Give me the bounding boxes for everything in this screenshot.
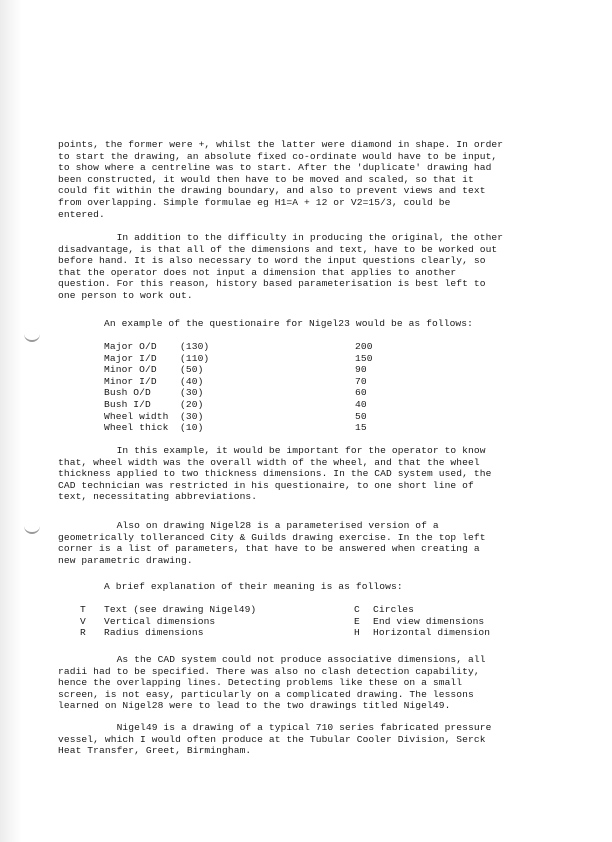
legend-key: E [354,616,360,628]
questionnaire-default: (130) [180,341,209,353]
paragraph-line: to show where a centreline was to start.… [58,162,491,174]
paragraph-line: hence the overlapping lines. Detecting p… [58,677,462,689]
paragraph-line: points, the former were +, whilst the la… [58,139,503,151]
paragraph-line: from overlapping. Simple formulae eg H1=… [58,197,450,209]
legend-key: C [354,604,360,616]
paragraph-line: In addition to the difficulty in produci… [58,232,503,244]
questionnaire-default: (110) [180,353,209,365]
paragraph-line: entered. [58,209,105,221]
paragraph-line: Heat Transfer, Greet, Birmingham. [58,745,251,757]
paragraph-line: to start the drawing, an absolute fixed … [58,151,497,163]
questionnaire-label: Minor O/D [104,364,157,376]
page-edge-shadow [0,0,22,842]
legend-key: T [80,604,86,616]
paragraph-line: that the operator does not input a dimen… [58,267,456,279]
legend-description: Radius dimensions [104,627,204,639]
questionnaire-label: Major O/D [104,341,157,353]
questionnaire-label: Major I/D [104,353,157,365]
legend-key: R [80,627,86,639]
questionnaire-label: Minor I/D [104,376,157,388]
questionnaire-value: 15 [355,422,367,434]
questionnaire-value: 200 [355,341,373,353]
questionnaire-label: Bush O/D [104,387,151,399]
paragraph-line: Nigel49 is a drawing of a typical 710 se… [58,722,491,734]
legend-description: Vertical dimensions [104,616,215,628]
paragraph-line: radii had to be specified. There was als… [58,666,480,678]
paragraph-line: new parametric drawing. [58,555,193,567]
paragraph-line: geometrically tolleranced City & Guilds … [58,532,486,544]
legend-description: Circles [373,604,414,616]
paragraph-line: thickness applied to two thickness dimen… [58,468,491,480]
legend-intro: A brief explanation of their meaning is … [104,581,403,593]
questionnaire-default: (30) [180,411,203,423]
paragraph-line: As the CAD system could not produce asso… [58,654,486,666]
paragraph-line: vessel, which I would often produce at t… [58,734,486,746]
paragraph-line: corner is a list of parameters, that hav… [58,543,480,555]
questionnaire-default: (10) [180,422,203,434]
paragraph-line: Also on drawing Nigel28 is a parameteris… [58,520,439,532]
legend-key: V [80,616,86,628]
paragraph-line: before hand. It is also necessary to wor… [58,255,486,267]
paragraph-line: that, wheel width was the overall width … [58,457,480,469]
paragraph-line: CAD technician was restricted in his que… [58,480,474,492]
paragraph-line: text, necessitating abbreviations. [58,491,257,503]
questionnaire-value: 150 [355,353,373,365]
questionnaire-value: 90 [355,364,367,376]
questionnaire-default: (20) [180,399,203,411]
legend-description: End view dimensions [373,616,484,628]
questionnaire-label: Wheel width [104,411,168,423]
paragraph-line: question. For this reason, history based… [58,278,486,290]
questionnaire-value: 40 [355,399,367,411]
legend-description: Text (see drawing Nigel49) [104,604,256,616]
punch-hole-mark [24,522,40,534]
questionnaire-value: 60 [355,387,367,399]
punch-hole-mark [24,330,40,342]
paragraph-line: screen, is not easy, particularly on a c… [58,689,474,701]
questionnaire-default: (30) [180,387,203,399]
questionnaire-label: Bush I/D [104,399,151,411]
paragraph-line: learned on Nigel28 were to lead to the t… [58,700,450,712]
paragraph-line: In this example, it would be important f… [58,445,486,457]
legend-key: H [354,627,360,639]
questionnaire-value: 70 [355,376,367,388]
paragraph-line: one person to work out. [58,290,193,302]
questionnaire-default: (40) [180,376,203,388]
paragraph-line: been constructed, it would then have to … [58,174,474,186]
paragraph-line: could fit within the drawing boundary, a… [58,185,486,197]
legend-description: Horizontal dimension [373,627,490,639]
paragraph-line: disadvantage, is that all of the dimensi… [58,244,497,256]
questionnaire-default: (50) [180,364,203,376]
questionnaire-intro: An example of the questionaire for Nigel… [104,318,473,330]
questionnaire-value: 50 [355,411,367,423]
questionnaire-label: Wheel thick [104,422,168,434]
